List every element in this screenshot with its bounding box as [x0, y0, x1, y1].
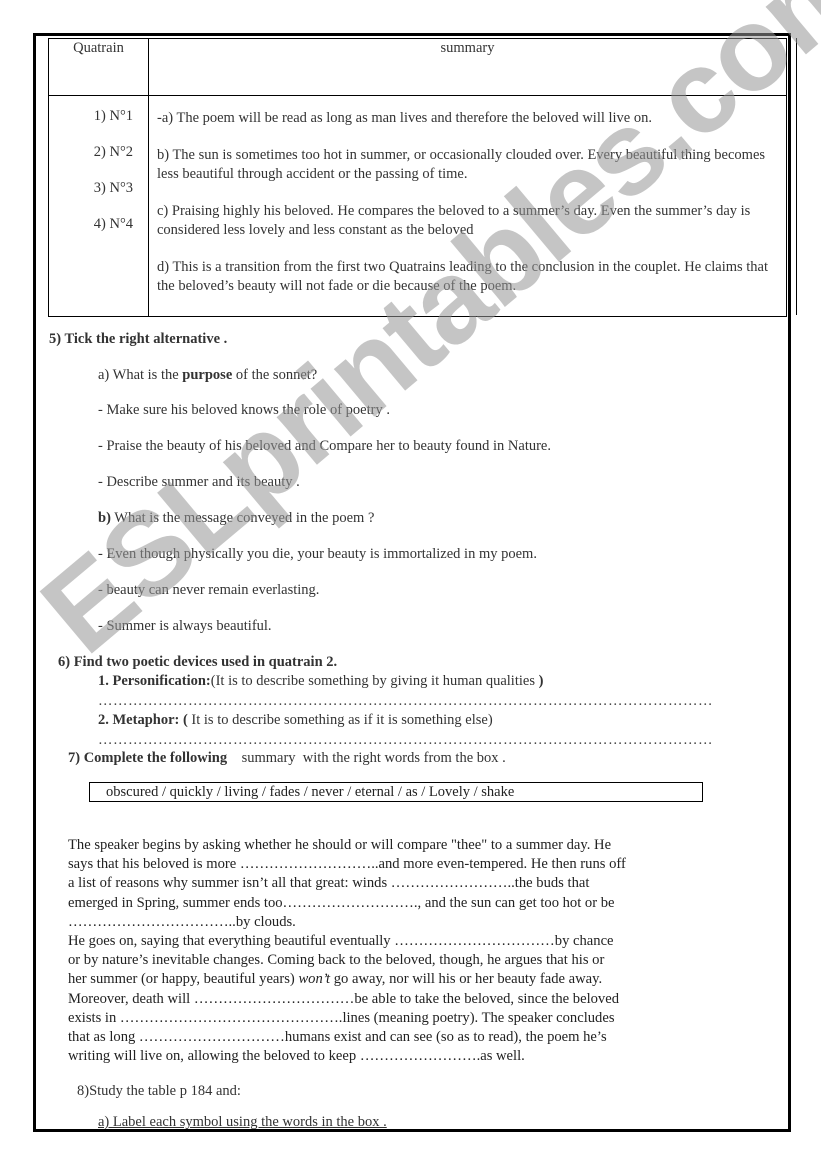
summary-c: c) Praising highly his beloved. He compa… — [157, 202, 778, 240]
q5a-option-2[interactable]: - Praise the beauty of his beloved and C… — [98, 438, 551, 455]
word-box: obscured / quickly / living / fades / ne… — [89, 782, 703, 802]
paragraph-line[interactable]: ……………………………..by clouds. — [68, 913, 718, 932]
q7-title: 7) Complete the following summary with t… — [68, 750, 506, 767]
paragraph-line[interactable]: writing will live on, allowing the belov… — [68, 1047, 718, 1066]
q5b-label: b) — [98, 510, 111, 526]
q5b-option-1[interactable]: - Even though physically you die, your b… — [98, 546, 537, 563]
q5b-question: b) What is the message conveyed in the p… — [98, 510, 374, 527]
q6-item-1: 1. Personification:(It is to describe so… — [98, 673, 543, 690]
paragraph-line: or by nature’s inevitable changes. Comin… — [68, 951, 718, 970]
q6-item1-close: ) — [539, 673, 544, 689]
paragraph-line[interactable]: that as long …………………………humans exist and … — [68, 1028, 718, 1047]
q7-title-bold: 7) Complete the following — [68, 750, 227, 766]
q6-item-2: 2. Metaphor: ( It is to describe somethi… — [98, 712, 493, 729]
summary-column: -a) The poem will be read as long as man… — [149, 96, 787, 317]
summary-d: d) This is a transition from the first t… — [157, 258, 778, 296]
quatrain-column: 1) N°1 2) N°2 3) N°3 4) N°4 — [49, 96, 149, 317]
paragraph-line[interactable]: says that his beloved is more ……………………….… — [68, 855, 718, 874]
q5a-prefix: a) What is the — [98, 367, 182, 383]
q5b-text: What is the message conveyed in the poem… — [111, 510, 374, 526]
q8-title: 8)Study the table p 184 and: — [77, 1083, 241, 1100]
table-outer-border — [796, 38, 797, 315]
summary-b: b) The sun is sometimes too hot in summe… — [157, 146, 778, 184]
quatrain-number: 4) N°4 — [50, 215, 147, 251]
q5a-suffix: of the sonnet? — [232, 367, 317, 383]
q8-sub-a: a) Label each symbol using the words in … — [98, 1114, 387, 1131]
quatrain-number: 3) N°3 — [50, 179, 147, 215]
q5a-option-1[interactable]: - Make sure his beloved knows the role o… — [98, 402, 390, 419]
q6-item1-label: 1. Personification: — [98, 673, 211, 689]
paragraph-line[interactable]: emerged in Spring, summer ends too………………… — [68, 894, 718, 913]
paragraph-line: her summer (or happy, beautiful years) w… — [68, 970, 718, 989]
q7-summary-paragraph: The speaker begins by asking whether he … — [68, 836, 718, 1066]
q7-title-rest: summary with the right words from the bo… — [227, 750, 506, 766]
q5a-option-3[interactable]: - Describe summer and its beauty . — [98, 474, 300, 491]
header-summary: summary — [149, 39, 787, 96]
q5a-bold: purpose — [182, 367, 232, 383]
q6-item2-label: 2. Metaphor: ( — [98, 712, 188, 728]
q5-title: 5) Tick the right alternative . — [49, 331, 227, 348]
summary-a: -a) The poem will be read as long as man… — [157, 109, 778, 128]
q5b-option-3[interactable]: - Summer is always beautiful. — [98, 618, 272, 635]
paragraph-line[interactable]: exists in ……………………………………….lines (meaning… — [68, 1009, 718, 1028]
quatrain-number: 2) N°2 — [50, 143, 147, 179]
paragraph-line[interactable]: He goes on, saying that everything beaut… — [68, 932, 718, 951]
q6-item1-text: (It is to describe something by giving i… — [211, 673, 539, 689]
q6-item2-text: It is to describe something as if it is … — [188, 712, 493, 728]
paragraph-line[interactable]: a list of reasons why summer isn’t all t… — [68, 874, 718, 893]
q6-answer-line-2[interactable]: …………………………………………………………………………………………………………… — [98, 732, 713, 749]
paragraph-line[interactable]: Moreover, death will ……………………………be able … — [68, 990, 718, 1009]
quatrain-summary-table: Quatrain summary 1) N°1 2) N°2 3) N°3 4)… — [48, 38, 787, 317]
q5a-question: a) What is the purpose of the sonnet? — [98, 367, 317, 384]
q6-title: 6) Find two poetic devices used in quatr… — [58, 654, 337, 671]
header-quatrain: Quatrain — [49, 39, 149, 96]
q5b-option-2[interactable]: - beauty can never remain everlasting. — [98, 582, 319, 599]
q6-answer-line-1[interactable]: …………………………………………………………………………………………………………… — [98, 693, 713, 710]
quatrain-number: 1) N°1 — [50, 107, 147, 143]
paragraph-line: The speaker begins by asking whether he … — [68, 836, 718, 855]
